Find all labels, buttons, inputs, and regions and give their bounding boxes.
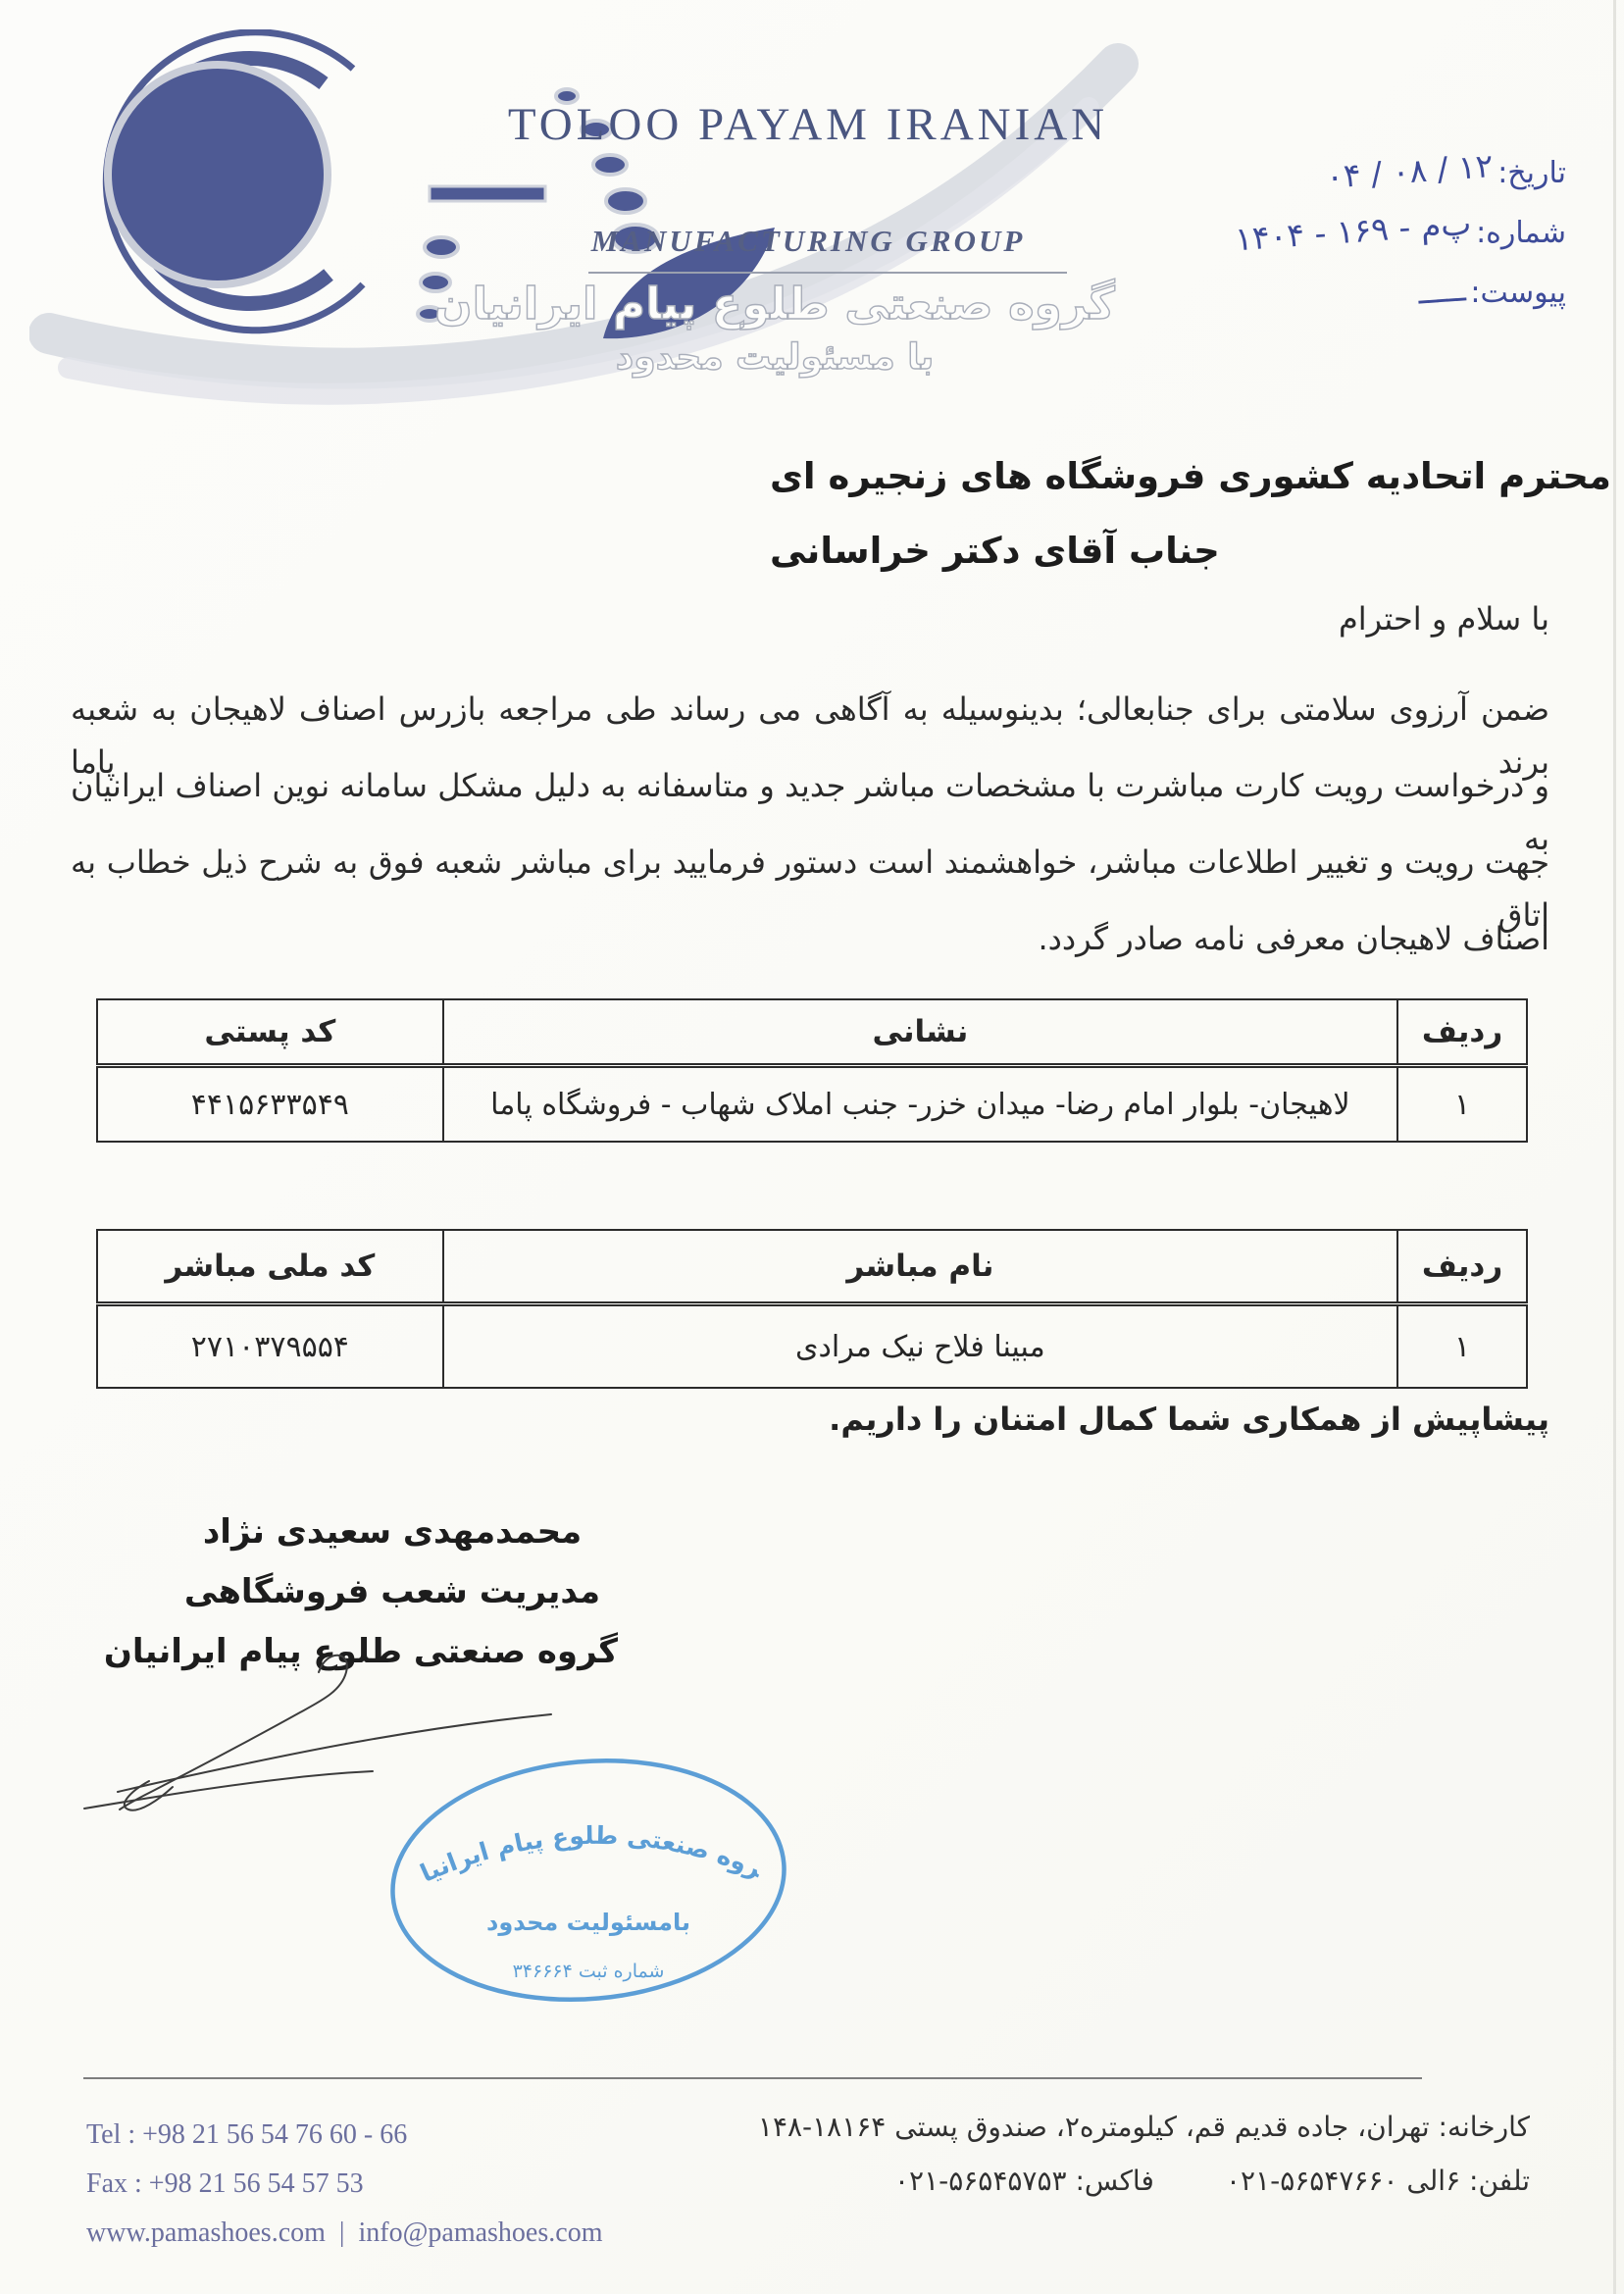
address-table-row: ۱ لاهیجان- بلوار امام رضا- میدان خزر- جن… <box>97 1066 1527 1143</box>
footer-contact-fa: کارخانه: تهران، جاده قدیم قم، کیلومتره۲،… <box>758 2111 1530 2197</box>
address-col-address: نشانی <box>443 999 1397 1066</box>
agent-row-code: ۲۷۱۰۳۷۹۵۵۴ <box>97 1304 443 1389</box>
date-label: تاریخ: <box>1497 156 1566 190</box>
agent-col-code: کد ملی مباشر <box>97 1230 443 1304</box>
agent-row-name: مبینا فلاح نیک مرادی <box>443 1304 1397 1389</box>
body-line-1: ضمن آرزوی سلامتی برای جنابعالی؛ بدینوسیل… <box>71 683 1549 759</box>
svg-text:گروه صنعتی طلوع پیام ایرانیان: گروه صنعتی طلوع پیام ایرانیان <box>29 1618 767 1888</box>
stamp-line3: شماره ثبت ۳۴۶۶۶۴ <box>513 1961 665 1982</box>
stamp-line1: گروه صنعتی طلوع پیام ایرانیان <box>29 1618 767 1888</box>
meta-date-row: تاریخ: ۰۴ / ۰۸ / ۱۲ <box>1229 152 1566 190</box>
signatory-name: محمدمهدی سعیدی نژاد <box>167 1503 618 1562</box>
footer-phone-line: تلفن: ۶الی ۰۲۱-۵۶۵۴۷۶۶۰ فاکس: ۰۲۱-۵۶۵۴۵۷… <box>894 2165 1530 2197</box>
agent-row-index: ۱ <box>1397 1304 1527 1389</box>
logo-circle-icon <box>108 65 328 284</box>
company-name-fa: گروه صنعتی طلوع پیام ایرانیان <box>373 278 1177 330</box>
salutation: با سلام و احترام <box>1339 600 1549 637</box>
footer-fax-fa: فاکس: ۰۲۱-۵۶۵۴۵۷۵۳ <box>894 2165 1154 2197</box>
closing-line: پیشاپیش از همکاری شما کمال امتنان را دار… <box>829 1401 1549 1438</box>
footer-tel-en: Tel : +98 21 56 54 76 60 - 66 <box>86 2111 602 2160</box>
company-type-fa: با مسئولیت محدود <box>373 337 1177 378</box>
footer-contact-en: Tel : +98 21 56 54 76 60 - 66 Fax : +98 … <box>86 2111 602 2258</box>
address-row-postal: ۴۴۱۵۶۳۳۵۴۹ <box>97 1066 443 1143</box>
company-type-en: MANUFACTURING GROUP <box>416 224 1200 259</box>
letter-body: ضمن آرزوی سلامتی برای جنابعالی؛ بدینوسیل… <box>71 683 1549 989</box>
number-label: شماره: <box>1476 216 1566 250</box>
footer-email-link[interactable]: info@pamashoes.com <box>359 2218 603 2248</box>
meta-number-row: شماره: پ‌م - ۱۶۹ - ۱۴۰۴ <box>1229 212 1566 250</box>
footer-website-link[interactable]: www.pamashoes.com <box>86 2218 326 2248</box>
recipient-line1: ریاست محترم اتحادیه کشوری فروشگاه های زن… <box>770 439 1624 514</box>
agent-table-row: ۱ مبینا فلاح نیک مرادی ۲۷۱۰۳۷۹۵۵۴ <box>97 1304 1527 1389</box>
recipient-line2: جناب آقای دکتر خراسانی <box>770 514 1624 588</box>
address-table-header-row: ردیف نشانی کد پستی <box>97 999 1527 1066</box>
footer-fax-en: Fax : +98 21 56 54 57 53 <box>86 2160 602 2209</box>
address-col-postal: کد پستی <box>97 999 443 1066</box>
number-value: پ‌م - ۱۶۹ - ۱۴۰۴ <box>1234 204 1473 259</box>
agent-table: ردیف نام مباشر کد ملی مباشر ۱ مبینا فلاح… <box>96 1229 1528 1389</box>
footer-link-divider: | <box>339 2218 345 2248</box>
company-stamp: گروه صنعتی طلوع پیام ایرانیان بامسئولیت … <box>29 1618 794 2015</box>
meta-attachment-row: پیوست: ـــــ <box>1229 272 1566 310</box>
footer-tel-fa-label: تلفن: ۶الی <box>1406 2165 1530 2197</box>
body-line-2: و درخواست رویت کارت مباشرت با مشخصات مبا… <box>71 759 1549 836</box>
body-line-4: اصناف لاهیجان معرفی نامه صادر گردد. <box>71 912 1549 989</box>
footer-tel-fa-value: ۰۲۱-۵۶۵۴۷۶۶۰ <box>1226 2165 1398 2197</box>
footer-tel-fa: تلفن: ۶الی ۰۲۱-۵۶۵۴۷۶۶۰ <box>1226 2165 1530 2197</box>
footer-factory-pobox: ۱۴۸-۱۸۱۶۴ <box>758 2111 886 2143</box>
address-row-address: لاهیجان- بلوار امام رضا- میدان خزر- جنب … <box>443 1066 1397 1143</box>
signatory-title: مدیریت شعب فروشگاهی <box>167 1562 618 1622</box>
footer-factory-line: کارخانه: تهران، جاده قدیم قم، کیلومتره۲،… <box>758 2111 1530 2143</box>
body-line-3: جهت رویت و تغییر اطلاعات مباشر، خواهشمند… <box>71 836 1549 912</box>
company-name-en: TOLOO PAYAM IRANIAN <box>416 98 1200 151</box>
date-value: ۰۴ / ۰۸ / ۱۲ <box>1324 146 1494 196</box>
letter-meta: تاریخ: ۰۴ / ۰۸ / ۱۲ شماره: پ‌م - ۱۶۹ - ۱… <box>1229 152 1566 331</box>
paper-edge-shadow <box>1613 0 1616 2294</box>
address-row-index: ۱ <box>1397 1066 1527 1143</box>
address-table: ردیف نشانی کد پستی ۱ لاهیجان- بلوار امام… <box>96 998 1528 1143</box>
agent-col-name: نام مباشر <box>443 1230 1397 1304</box>
logo-bar-icon <box>430 186 545 201</box>
footer-divider <box>83 2077 1422 2079</box>
header-divider <box>588 272 1067 274</box>
agent-table-header-row: ردیف نام مباشر کد ملی مباشر <box>97 1230 1527 1304</box>
attachment-label: پیوست: <box>1470 276 1566 310</box>
stamp-line2: بامسئولیت محدود <box>486 1909 690 1936</box>
footer-fax-fa-value: ۰۲۱-۵۶۵۴۵۷۵۳ <box>894 2165 1067 2197</box>
attachment-value: ـــــ <box>1417 270 1467 311</box>
agent-col-row: ردیف <box>1397 1230 1527 1304</box>
footer-fax-fa-label: فاکس: <box>1075 2165 1153 2197</box>
scanned-letter-page: TOLOO PAYAM IRANIAN MANUFACTURING GROUP … <box>0 0 1624 2294</box>
recipient-block: ریاست محترم اتحادیه کشوری فروشگاه های زن… <box>770 439 1624 588</box>
footer-web-row: www.pamashoes.com|info@pamashoes.com <box>86 2209 602 2258</box>
signature-and-stamp: گروه صنعتی طلوع پیام ایرانیان بامسئولیت … <box>29 1618 853 2050</box>
footer-factory-label: کارخانه: تهران، جاده قدیم قم، کیلومتره۲،… <box>894 2111 1530 2143</box>
address-col-row: ردیف <box>1397 999 1527 1066</box>
